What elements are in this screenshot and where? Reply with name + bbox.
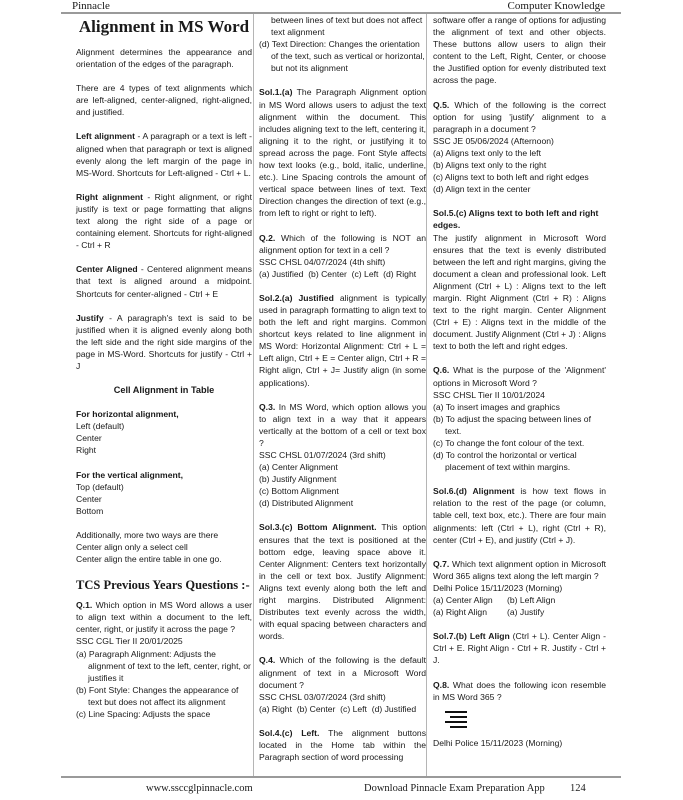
question: Q.7. Which text alignment option in Micr… [433,558,606,582]
question: Q.5. Which of the following is the corre… [433,99,606,135]
option: (d) To control the horizontal or vertica… [433,449,606,473]
solution-label: Sol.7.(b) [433,631,467,641]
solution-label: Sol.1.(a) [259,87,292,97]
left-alignment-definition: Left alignment - A paragraph or a text i… [76,130,252,178]
option: (b) Aligns text only to the right [433,159,606,171]
list-item: Additionally, more two ways are there [76,529,252,541]
right-alignment-definition: Right alignment - Right alignment, or ri… [76,191,252,251]
question-text: Which text alignment option in Microsoft… [433,559,606,581]
option: (b) To adjust the spacing between lines … [433,413,606,437]
term: Left alignment [76,131,135,141]
question-text: Which of the following is the default al… [259,655,426,689]
solution: Sol.2.(a) Justified alignment is typical… [259,292,426,389]
exam-reference: SSC CGL Tier II 20/01/2025 [76,635,252,647]
list-item: Bottom [76,505,252,517]
align-right-icon [445,711,467,731]
option: (b) Left Align [507,594,555,606]
solution-label: Sol.6.(d) [433,486,467,496]
exam-reference: SSC CHSL Tier II 10/01/2024 [433,389,606,401]
list-item: Center align only a select cell [76,541,252,553]
intro-paragraph: Alignment determines the appearance and … [76,46,252,70]
header-subject: Computer Knowledge [508,0,605,12]
option: (d) Distributed Alignment [259,497,426,509]
solution-label: Sol.4.(c) Left. [259,728,319,738]
option: (a) Center Alignment [259,461,426,473]
column-2: between lines of text but does not affec… [259,14,426,763]
option: (a) To insert images and graphics [433,401,606,413]
question-number: Q.4. [259,655,275,665]
list-item: Center [76,432,252,444]
question: Q.6. What is the purpose of the 'Alignme… [433,364,606,388]
option: (a) Right Align [433,606,507,618]
exam-reference: Delhi Police 15/11/2023 (Morning) [433,582,606,594]
option: (a) Aligns text only to the left [433,147,606,159]
list-item: Center align the entire table in one go. [76,553,252,565]
solution: Sol.6.(d) Alignment is how text flows in… [433,485,606,545]
solution-text: This option ensures that the text is pos… [259,522,426,641]
column-divider [253,14,254,777]
question: Q.4. Which of the following is the defau… [259,654,426,690]
question-text: Which of the following is NOT an alignme… [259,233,426,255]
option: (a) Justify [507,606,544,618]
footer-divider [61,776,621,778]
option-continued: between lines of text but does not affec… [259,14,426,38]
solution-continued: software offer a range of options for ad… [433,14,606,87]
column-1: Alignment in MS Word Alignment determine… [76,14,252,720]
option: (c) Aligns text to both left and right e… [433,171,606,183]
answer-term: Alignment [467,486,515,496]
solution-text: The justify alignment in Microsoft Word … [433,232,606,353]
option: (a) Paragraph Alignment: Adjusts the ali… [76,648,252,684]
question-text: What does the following icon resemble in… [433,680,606,702]
options-inline: (a) Justified (b) Center (c) Left (d) Ri… [259,268,426,280]
question-number: Q.3. [259,402,275,412]
list-item: Right [76,444,252,456]
options-row: (a) Right Align(a) Justify [433,606,606,618]
answer-term: Left Align [467,631,510,641]
solution-label: Sol.3.(c) Bottom Alignment. [259,522,377,532]
exam-reference: SSC CHSL 03/07/2024 (3rd shift) [259,691,426,703]
question-number: Q.6. [433,365,449,375]
option: (d) Text Direction: Changes the orientat… [259,38,426,74]
list-item: Left (default) [76,420,252,432]
list-item: Center [76,493,252,505]
question-number: Q.7. [433,559,449,569]
section-heading: Cell Alignment in Table [76,384,252,396]
solution-label: Sol.2.(a) [259,293,292,303]
center-alignment-definition: Center Aligned - Centered alignment mean… [76,263,252,299]
option: (c) To change the font colour of the tex… [433,437,606,449]
question: Q.1. Which option in MS Word allows a us… [76,599,252,635]
question: Q.3. In MS Word, which option allows you… [259,401,426,449]
question-number: Q.2. [259,233,275,243]
question-text: Which of the following is the correct op… [433,100,606,134]
option: (b) Justify Alignment [259,473,426,485]
list-item: Top (default) [76,481,252,493]
question-number: Q.8. [433,680,449,690]
solution: Sol.3.(c) Bottom Alignment. This option … [259,521,426,642]
options-inline: (a) Right (b) Center (c) Left (d) Justif… [259,703,426,715]
solution-label: Sol.5.(c) Aligns text to both left and r… [433,207,606,231]
page-title: Alignment in MS Word [76,16,252,38]
justify-definition: Justify - A paragraph's text is said to … [76,312,252,372]
page-number: 124 [570,783,586,794]
intro-paragraph: There are 4 types of text alignments whi… [76,82,252,118]
subheading: For horizontal alignment, [76,408,252,420]
question-text: Which option in MS Word allows a user to… [76,600,252,634]
exam-reference: Delhi Police 15/11/2023 (Morning) [433,737,606,749]
solution: Sol.1.(a) The Paragraph Alignment option… [259,86,426,219]
question-text: What is the purpose of the 'Alignment' o… [433,365,606,387]
column-divider [426,14,427,777]
header-publisher: Pinnacle [72,0,110,12]
question-number: Q.5. [433,100,449,110]
option: (a) Center Align [433,594,507,606]
option: (c) Bottom Alignment [259,485,426,497]
exam-reference: SSC CHSL 04/07/2024 (4th shift) [259,256,426,268]
footer-app-promo: Download Pinnacle Exam Preparation App [364,783,545,794]
solution: Sol.7.(b) Left Align (Ctrl + L). Center … [433,630,606,666]
options-row: (a) Center Align(b) Left Align [433,594,606,606]
option: (d) Align text in the center [433,183,606,195]
column-3: software offer a range of options for ad… [433,14,606,749]
question: Q.8. What does the following icon resemb… [433,679,606,703]
option: (c) Line Spacing: Adjusts the space [76,708,252,720]
solution-text: The Paragraph Alignment option in MS Wor… [259,87,426,218]
term: Right alignment [76,192,143,202]
exam-reference: SSC CHSL 01/07/2024 (3rd shift) [259,449,426,461]
term: Justify [76,313,104,323]
term: Center Aligned [76,264,138,274]
footer-website: www.ssccglpinnacle.com [146,783,253,794]
section-heading: TCS Previous Years Questions :- [76,577,252,593]
option: (b) Font Style: Changes the appearance o… [76,684,252,708]
solution: Sol.4.(c) Left. The alignment buttons lo… [259,727,426,763]
question: Q.2. Which of the following is NOT an al… [259,232,426,256]
solution-text: alignment is typically used in paragraph… [259,293,426,388]
subheading: For the vertical alignment, [76,469,252,481]
question-text: In MS Word, which option allows you to a… [259,402,426,448]
question-number: Q.1. [76,600,92,610]
exam-reference: SSC JE 05/06/2024 (Afternoon) [433,135,606,147]
answer-term: Justified [292,293,333,303]
